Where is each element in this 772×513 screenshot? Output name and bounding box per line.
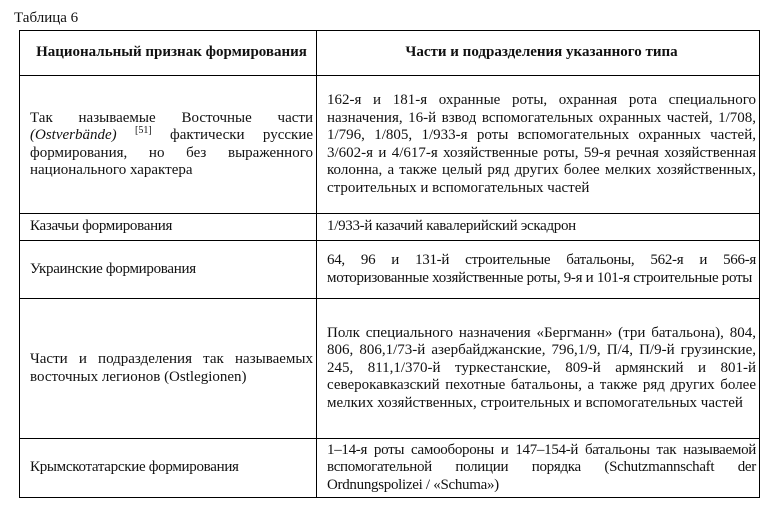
- table-row: Казачьи формирования 1/933-й казачий кав…: [20, 214, 760, 241]
- cell-feature: Крымскотатарские формирования: [20, 439, 317, 498]
- cell-feature: Украинские формирования: [20, 241, 317, 299]
- footnote-reference[interactable]: [51]: [135, 125, 152, 136]
- table-header-row: Национальный признак формирования Части …: [20, 31, 760, 76]
- cell-units: 64, 96 и 131-й строительные батальоны, 5…: [317, 241, 760, 299]
- feature-italic-term: (Ostverbände): [30, 127, 117, 143]
- cell-feature: Так называемые Восточные части (Ostverbä…: [20, 76, 317, 214]
- cell-units: 1–14-я роты самообороны и 147–154-й бата…: [317, 439, 760, 498]
- table-caption: Таблица 6: [14, 9, 78, 27]
- cell-feature: Части и подразделения так называемых вос…: [20, 299, 317, 439]
- cell-feature: Казачьи формирования: [20, 214, 317, 241]
- table-row: Крымскотатарские формирования 1–14-я рот…: [20, 439, 760, 498]
- table-row: Части и подразделения так называемых вос…: [20, 299, 760, 439]
- cell-units: Полк специального назначения «Бергманн» …: [317, 299, 760, 439]
- header-national-feature: Национальный признак формирования: [20, 31, 317, 76]
- table-row: Так называемые Восточные части (Ostverbä…: [20, 76, 760, 214]
- table-row: Украинские формирования 64, 96 и 131-й с…: [20, 241, 760, 299]
- formations-table: Национальный признак формирования Части …: [19, 30, 760, 498]
- feature-text: Так называемые Восточные части: [30, 110, 313, 126]
- cell-units: 162-я и 181-я охранные роты, охранная ро…: [317, 76, 760, 214]
- header-units: Части и подразделения указанного типа: [317, 31, 760, 76]
- cell-units: 1/933-й казачий кавалерийский эскадрон: [317, 214, 760, 241]
